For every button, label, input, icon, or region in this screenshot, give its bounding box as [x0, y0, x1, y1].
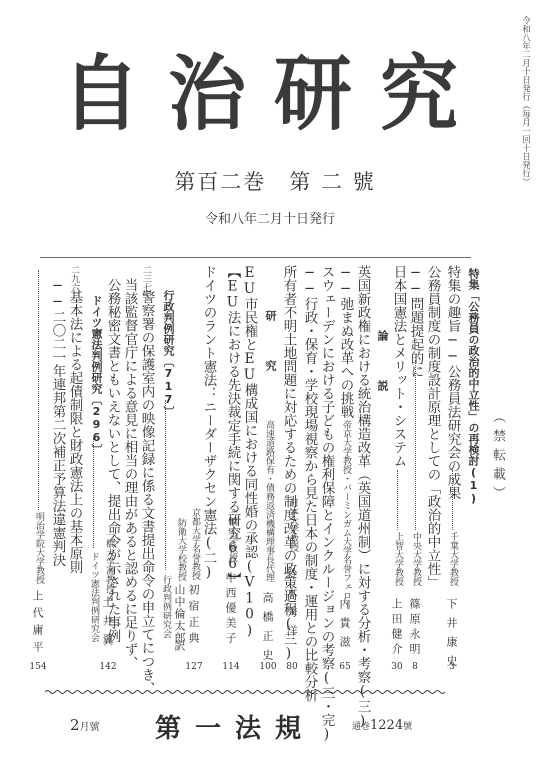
toc-affiliation: 防衛大学校教授 — [175, 518, 188, 581]
toc-title[interactable]: 警察署の保護室内の映像記録に係る文書提出命令の申立てにつき、 — [139, 290, 153, 695]
leader-dots — [165, 400, 166, 570]
toc-affiliation: 中央大学教授 — [410, 532, 423, 586]
month-issue: 2月號 — [70, 716, 100, 734]
toc-affiliation: 一橋大学准教授 — [103, 530, 116, 593]
toc-title[interactable]: 英国新政権における統治構造改革（英国道州制）に対する分析・考察(三) — [355, 265, 369, 729]
toc-page: 114 — [220, 662, 242, 672]
toc-title[interactable]: 所有者不明土地問題に対応するための制度改革の政策過程(三) — [281, 265, 295, 662]
toc-title[interactable]: EU市民権とEU構成国における同性婚の承認(V10) — [242, 265, 256, 639]
toc-title[interactable]: 基本法による起債制限と財政憲法上の基本原則 — [67, 290, 81, 574]
toc-author: 高橋正史 — [262, 592, 273, 668]
toc-title[interactable]: 特集の趣旨──公務員法研究会の成果 — [445, 265, 459, 500]
translator-mark: 訳 — [174, 640, 185, 651]
serial-number: 通巻1224號 — [352, 718, 412, 733]
leader-dots — [452, 470, 453, 530]
volume-issue: 第百二巻 第 二 號 — [160, 166, 390, 196]
toc-affiliation: 一橋大学教授 — [226, 508, 239, 562]
toc-affiliation: 千葉大学教授 — [447, 532, 460, 586]
kenkyu-heading: 研 究 — [262, 310, 278, 385]
research-group: ドイツ憲法判例研究会 — [88, 552, 101, 642]
toc-affiliation: 上智大学教授 — [392, 532, 405, 586]
toc-subtitle: ──弛まぬ改革への挑戦 — [338, 265, 352, 419]
toc-author: 篠原永明 — [409, 598, 420, 658]
leader-dots — [38, 270, 39, 510]
toc-subtitle: 当該監督官庁による意見に相当の理由があると認めるに足りず、 — [122, 278, 136, 670]
month-suffix: 月號 — [80, 722, 100, 733]
toc-title[interactable]: ドイツのラント憲法：ニーダーザクセン憲法(二) — [201, 265, 215, 581]
leader-dots — [93, 438, 94, 548]
toc-title[interactable]: 公務員制度の制度設計原理としての「政治的中立性」 — [425, 265, 439, 589]
title-char: 自 — [62, 29, 140, 146]
toc-author: 初宿正典 — [188, 584, 199, 648]
divider — [40, 257, 471, 258]
toc-author: 上田健介 — [391, 598, 402, 658]
toc-author: 上代庸平 — [32, 590, 43, 658]
special-feature-heading: 特集「公務員の政治的中立性」の再検討(1) — [465, 268, 481, 505]
toc-page: 65 — [334, 662, 356, 672]
case-number: 二三七 — [140, 265, 153, 292]
toc-author: 中西優美子 — [225, 572, 236, 647]
forbid-reprint-note: （禁転載） — [488, 410, 507, 505]
toc-author: 山中倫太郎 — [174, 584, 185, 644]
toc-subtitle: ──二〇二一年連邦第二次補正予算法違憲判決 — [50, 278, 64, 567]
serial-prefix: 通巻 — [352, 722, 370, 732]
toc-affiliation: 明治学院大学教授 — [33, 512, 46, 584]
month-number: 2 — [70, 716, 80, 734]
gyosei-heading: 行政判例研究〔717〕 — [160, 290, 176, 417]
title-char: 究 — [380, 29, 458, 146]
toc-page: 127 — [183, 662, 205, 672]
publication-note: 令和八年二月十日発行（毎月一回十日発行） — [521, 16, 530, 186]
toc-page: 30 — [386, 662, 408, 672]
toc-affiliation: 帝京大学教授・バーミンガム大学名誉フェロー — [340, 420, 353, 609]
toc-author: 内貴滋 — [339, 598, 350, 655]
toc-affiliation: 高速道路保有・債務返済機構理事長代理 — [263, 420, 276, 582]
journal-title: 自 治 研 究 — [60, 40, 460, 135]
leader-dots — [415, 360, 416, 530]
research-group: 行政判例研究会 — [160, 575, 173, 638]
publisher-name: 第一法規 — [155, 708, 325, 745]
ronsetsu-heading: 論 説 — [374, 330, 390, 405]
wavy-divider — [45, 689, 445, 695]
toc-affiliation: 京都大学名誉教授 — [189, 508, 202, 580]
serial-value: 1224 — [370, 718, 403, 733]
toc-page: 100 — [257, 662, 279, 672]
toc-page: 3 — [441, 662, 463, 672]
issue-date: 令和八年二月十日発行 — [185, 208, 355, 227]
serial-suffix: 號 — [403, 722, 412, 732]
leader-dots — [397, 470, 398, 530]
toc-page: 80 — [281, 662, 303, 672]
toc-author: 土井翼 — [102, 596, 113, 653]
title-char: 治 — [168, 29, 246, 146]
case-number: 二九六 — [68, 265, 81, 292]
toc-page: 154 — [27, 662, 49, 672]
toc-title[interactable]: スウェーデンにおける子どもの権利保障とインクルージョンの考察(三・完) — [319, 265, 333, 743]
toc-page: 142 — [97, 662, 119, 672]
toc-title[interactable]: 日本国憲法とメリット・システム — [391, 265, 405, 468]
toc-subtitle: ──行政・保育・学校現場視察から見た日本の制度・運用との比較分析 — [302, 265, 316, 702]
german-heading: ドイツ憲法判例研究〔296〕 — [88, 295, 104, 455]
title-char: 研 — [274, 29, 352, 146]
